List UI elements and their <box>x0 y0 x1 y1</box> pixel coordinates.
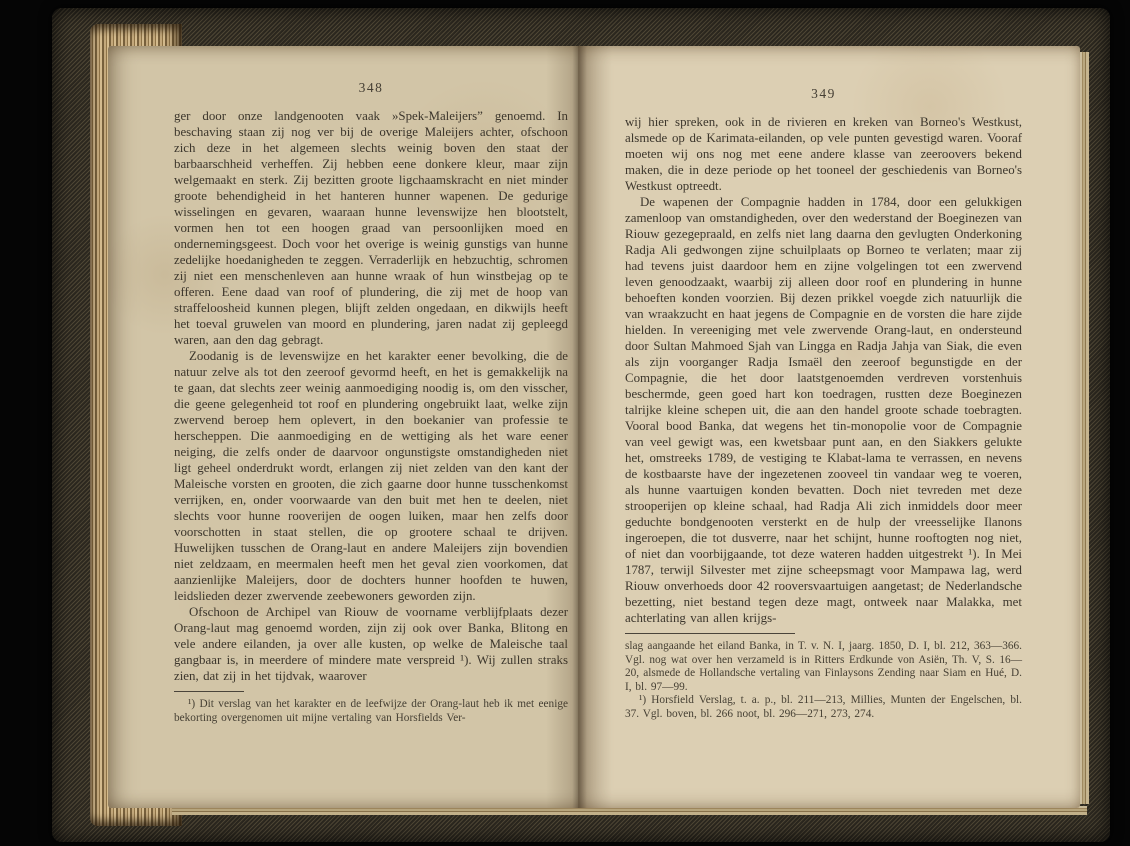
left-page-number: 348 <box>174 80 568 96</box>
paragraph: ger door onze landgenooten vaak »Spek-Ma… <box>174 108 568 348</box>
left-page-footnote: ¹) Dit verslag van het karakter en de le… <box>174 698 568 725</box>
right-page-number: 349 <box>625 86 1022 102</box>
open-book-spread: 348 ger door onze landgenooten vaak »Spe… <box>108 46 1080 808</box>
left-page: 348 ger door onze landgenooten vaak »Spe… <box>108 46 578 808</box>
footnote-paragraph: slag aangaande het eiland Banka, in T. v… <box>625 640 1022 694</box>
paragraph: Zoodanig is de levenswijze en het karakt… <box>174 348 568 604</box>
right-page-footnote: slag aangaande het eiland Banka, in T. v… <box>625 640 1022 722</box>
footnote-paragraph: ¹) Horsfield Verslag, t. a. p., bl. 211—… <box>625 694 1022 721</box>
paragraph: Ofschoon de Archipel van Riouw de voorna… <box>174 604 568 684</box>
photo-background: 348 ger door onze landgenooten vaak »Spe… <box>0 0 1130 846</box>
footnote-rule <box>174 691 244 692</box>
right-page-body: wij hier spreken, ook in de rivieren en … <box>625 114 1022 626</box>
paragraph: wij hier spreken, ook in de rivieren en … <box>625 114 1022 194</box>
left-page-body: ger door onze landgenooten vaak »Spek-Ma… <box>174 108 568 684</box>
footnote-rule <box>625 633 795 634</box>
right-page-edges <box>1080 52 1089 804</box>
footnote-paragraph: ¹) Dit verslag van het karakter en de le… <box>174 698 568 725</box>
paragraph: De wapenen der Compagnie hadden in 1784,… <box>625 194 1022 626</box>
right-page: 349 wij hier spreken, ook in de rivieren… <box>578 46 1080 808</box>
book-cover: 348 ger door onze landgenooten vaak »Spe… <box>52 8 1110 842</box>
